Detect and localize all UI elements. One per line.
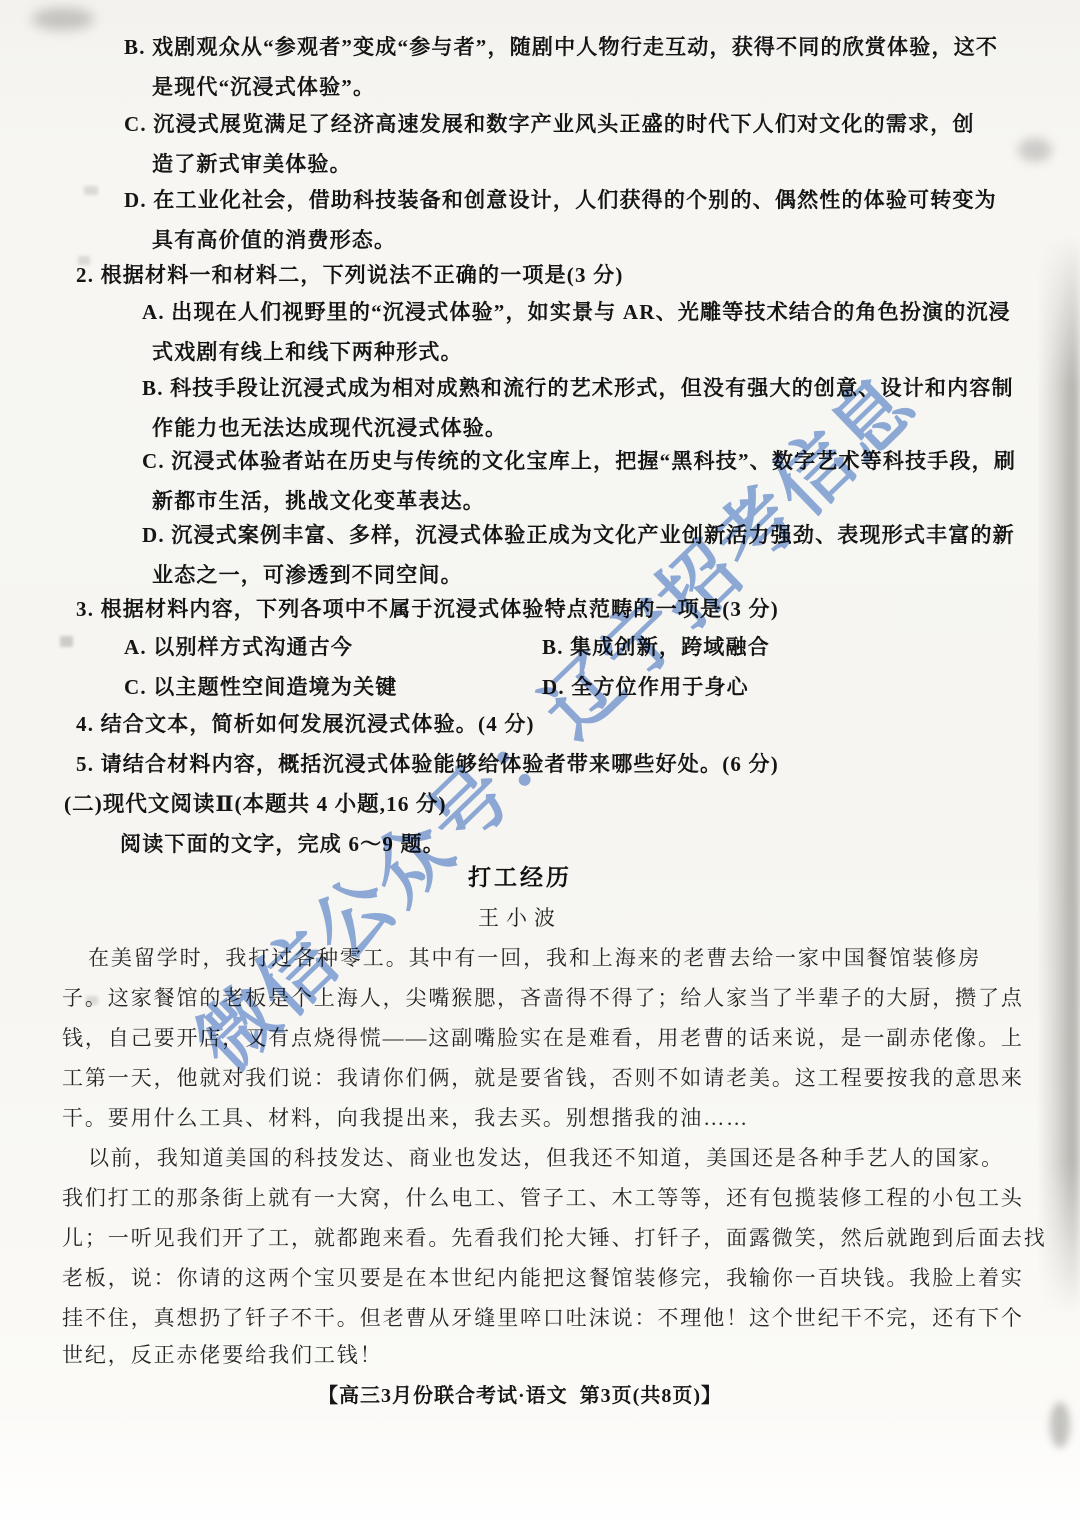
text-line: 老板，说：你请的这两个宝贝要是在本世纪内能把这餐馆装修完，我输你一百块钱。我脸上… bbox=[62, 1264, 1024, 1292]
text-line: 具有高价值的消费形态。 bbox=[152, 226, 396, 254]
text-line: 我们打工的那条街上就有一大窝，什么电工、管子工、木工等等，还有包揽装修工程的小包… bbox=[62, 1184, 1024, 1212]
option-left: A. 以别样方式沟通古今 bbox=[124, 633, 542, 661]
text-line: D. 在工业化社会，借助科技装备和创意设计，人们获得的个别的、偶然性的体验可转变… bbox=[124, 186, 997, 214]
text-line: 5. 请结合材料内容，概括沉浸式体验能够给体验者带来哪些好处。(6 分) bbox=[76, 750, 779, 778]
scan-smudge-bottom-right bbox=[1050, 1402, 1070, 1448]
text-line: 挂不住，真想扔了钎子不干。但老曹从牙缝里啐口吐沫说：不理他！这个世纪干不完，还有… bbox=[62, 1304, 1024, 1332]
text-line: 子。这家餐馆的老板是个上海人，尖嘴猴腮，吝啬得不得了；给人家当了半辈子的大厨，攒… bbox=[62, 984, 1024, 1012]
scan-smudge-top-left bbox=[32, 8, 94, 30]
text-line: 式戏剧有线上和线下两种形式。 bbox=[152, 338, 463, 366]
section-heading: (二)现代文阅读Ⅱ(本题共 4 小题,16 分) bbox=[64, 790, 447, 818]
scan-speck bbox=[78, 256, 90, 265]
scan-speck bbox=[60, 636, 73, 647]
page-footer: 【高三3月份联合考试·语文 第3页(共8页)】 bbox=[20, 1382, 1020, 1410]
text-line: 3. 根据材料内容，下列各项中不属于沉浸式体验特点范畴的一项是(3 分) bbox=[76, 595, 779, 623]
scan-smudge-top-right bbox=[1018, 138, 1052, 162]
scan-speck bbox=[84, 186, 98, 195]
text-line: D. 沉浸式案例丰富、多样，沉浸式体验正成为文化产业创新活力强劲、表现形式丰富的… bbox=[142, 521, 1015, 549]
scan-shadow-right-edge bbox=[1038, 235, 1080, 1315]
option-right: D. 全方位作用于身心 bbox=[542, 673, 749, 701]
text-line: B. 戏剧观众从“参观者”变成“参与者”，随剧中人物行走互动，获得不同的欣赏体验… bbox=[124, 33, 998, 61]
text-line: 作能力也无法达成现代沉浸式体验。 bbox=[152, 414, 507, 442]
passage-title: 打工经历 bbox=[20, 864, 1020, 892]
text-line: 世纪，反正赤佬要给我们工钱！ bbox=[62, 1341, 383, 1369]
text-line: 儿；一听见我们开了工，就都跑来看。先看我们抡大锤、打钎子，面露微笑，然后就跑到后… bbox=[62, 1224, 1047, 1252]
text-line: B. 科技手段让沉浸式成为相对成熟和流行的艺术形式，但没有强大的创意、设计和内容… bbox=[142, 374, 1014, 402]
text-line: 4. 结合文本，简析如何发展沉浸式体验。(4 分) bbox=[76, 710, 535, 738]
scan-speck bbox=[86, 996, 98, 1005]
text-line: 造了新式审美体验。 bbox=[152, 150, 352, 178]
text-line: 阅读下面的文字，完成 6～9 题。 bbox=[120, 830, 445, 858]
text-line: 新都市生活，挑战文化变革表达。 bbox=[152, 487, 485, 515]
text-line: 是现代“沉浸式体验”。 bbox=[152, 73, 375, 101]
text-line: C. 沉浸式展览满足了经济高速发展和数字产业风头正盛的时代下人们对文化的需求，创 bbox=[124, 110, 975, 138]
option-left: C. 以主题性空间造境为关键 bbox=[124, 673, 542, 701]
text-line: 业态之一，可渗透到不同空间。 bbox=[152, 561, 463, 589]
text-line: C. 沉浸式体验者站在历史与传统的文化宝库上，把握“黑科技”、数字艺术等科技手段… bbox=[142, 447, 1016, 475]
text-line: A. 出现在人们视野里的“沉浸式体验”，如实景与 AR、光雕等技术结合的角色扮演… bbox=[142, 298, 1011, 326]
option-row: A. 以别样方式沟通古今B. 集成创新，跨域融合 bbox=[124, 633, 1024, 661]
passage-author: 王小波 bbox=[20, 904, 1020, 932]
text-line: 在美留学时，我打过各种零工。其中有一回，我和上海来的老曹去给一家中国餐馆装修房 bbox=[88, 944, 981, 972]
text-line: 工第一天，他就对我们说：我请你们俩，就是要省钱，否则不如请老美。这工程要按我的意… bbox=[62, 1064, 1024, 1092]
scanned-exam-page: B. 戏剧观众从“参观者”变成“参与者”，随剧中人物行走互动，获得不同的欣赏体验… bbox=[0, 0, 1080, 1528]
text-line: 2. 根据材料一和材料二，下列说法不正确的一项是(3 分) bbox=[76, 261, 624, 289]
option-right: B. 集成创新，跨域融合 bbox=[542, 633, 770, 661]
text-line: 以前，我知道美国的科技发达、商业也发达，但我还不知道，美国还是各种手艺人的国家。 bbox=[88, 1144, 1004, 1172]
text-line: 钱，自己要开店，又有点烧得慌——这副嘴脸实在是难看，用老曹的话来说，是一副赤佬像… bbox=[62, 1024, 1024, 1052]
option-row: C. 以主题性空间造境为关键D. 全方位作用于身心 bbox=[124, 673, 1024, 701]
text-line: 干。要用什么工具、材料，向我提出来，我去买。别想揩我的油…… bbox=[62, 1104, 749, 1132]
